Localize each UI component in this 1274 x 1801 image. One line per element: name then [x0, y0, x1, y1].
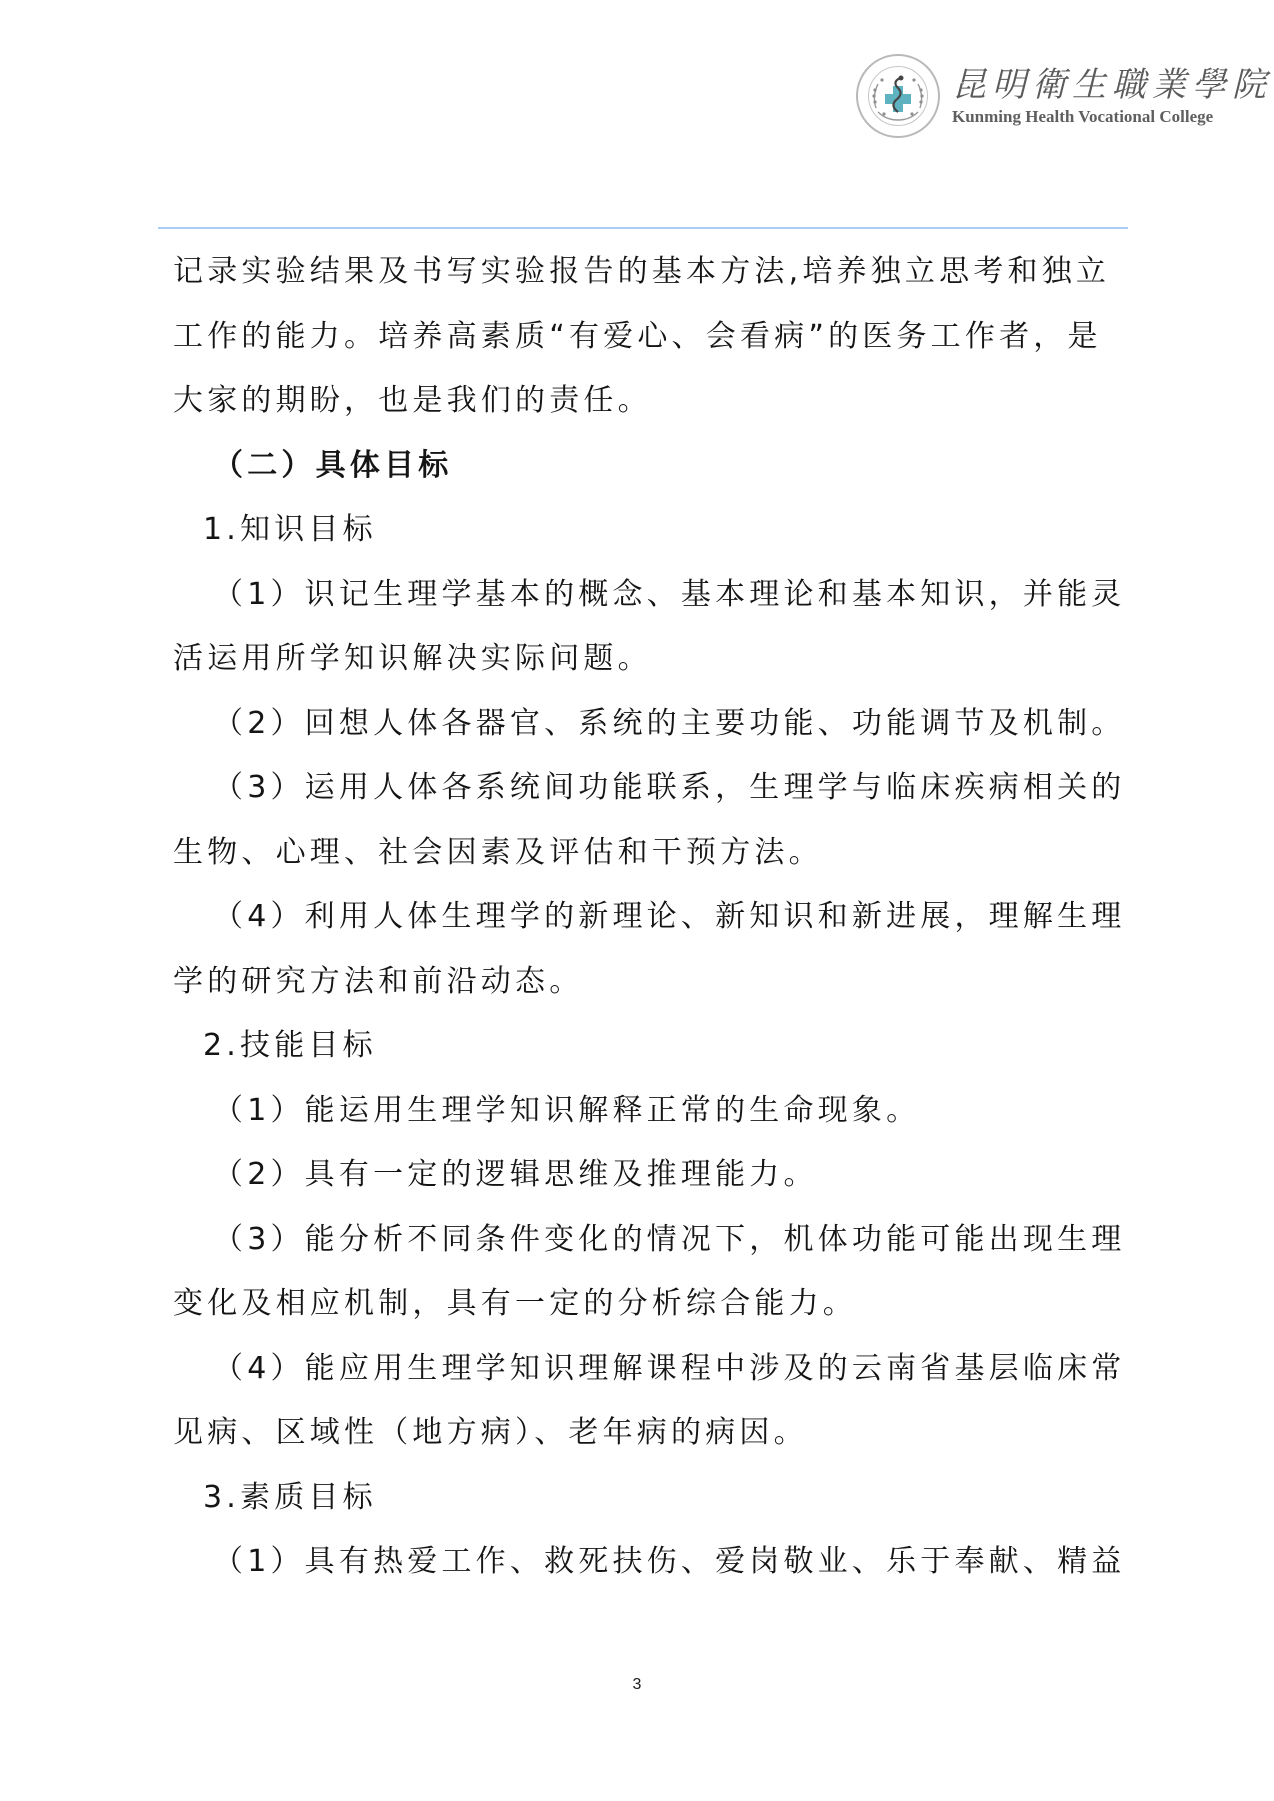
list-item: （4）利用人体生理学的新理论、新知识和新进展，理解生理 [173, 885, 1128, 950]
paragraph-line: 工作的能力。培养高素质“有爱心、会看病”的医务工作者，是 [173, 305, 1128, 370]
list-item-continuation: 见病、区域性（地方病）、老年病的病因。 [173, 1401, 1128, 1466]
subheading-knowledge-goals: 1.知识目标 [173, 498, 1128, 563]
seal-inner-ring [868, 66, 928, 126]
list-item-continuation: 活运用所学知识解决实际问题。 [173, 627, 1128, 692]
list-item-continuation: 生物、心理、社会因素及评估和干预方法。 [173, 821, 1128, 886]
paragraph-line: 记录实验结果及书写实验报告的基本方法,培养独立思考和独立 [173, 240, 1128, 305]
college-name-chinese: 昆明衛生職業學院 [952, 65, 1272, 105]
page-number: 3 [0, 1676, 1274, 1694]
list-item: （4）能应用生理学知识理解课程中涉及的云南省基层临床常 [173, 1337, 1128, 1402]
subheading-quality-goals: 3.素质目标 [173, 1466, 1128, 1531]
college-logo: 昆明衛生職業學院 Kunming Health Vocational Colle… [856, 54, 1272, 138]
list-item-continuation: 变化及相应机制，具有一定的分析综合能力。 [173, 1272, 1128, 1337]
list-item: （2）回想人体各器官、系统的主要功能、功能调节及机制。 [173, 692, 1128, 757]
list-item: （1）识记生理学基本的概念、基本理论和基本知识，并能灵 [173, 563, 1128, 628]
list-item-continuation: 学的研究方法和前沿动态。 [173, 950, 1128, 1015]
college-seal-icon [856, 54, 940, 138]
header-divider [158, 227, 1128, 229]
list-item: （1）具有热爱工作、救死扶伤、爱岗敬业、乐于奉献、精益 [173, 1530, 1128, 1595]
list-item: （3）能分析不同条件变化的情况下，机体功能可能出现生理 [173, 1208, 1128, 1273]
subheading-skill-goals: 2.技能目标 [173, 1014, 1128, 1079]
college-wordmark: 昆明衛生職業學院 Kunming Health Vocational Colle… [952, 65, 1272, 127]
section-heading-specific-goals: （二）具体目标 [173, 434, 1128, 499]
list-item: （3）运用人体各系统间功能联系，生理学与临床疾病相关的 [173, 756, 1128, 821]
list-item: （2）具有一定的逻辑思维及推理能力。 [173, 1143, 1128, 1208]
list-item: （1）能运用生理学知识解释正常的生命现象。 [173, 1079, 1128, 1144]
document-body: 记录实验结果及书写实验报告的基本方法,培养独立思考和独立 工作的能力。培养高素质… [173, 240, 1128, 1595]
page-header: 昆明衛生職業學院 Kunming Health Vocational Colle… [0, 0, 1274, 230]
college-name-english: Kunming Health Vocational College [952, 107, 1272, 127]
paragraph-line: 大家的期盼，也是我们的责任。 [173, 369, 1128, 434]
